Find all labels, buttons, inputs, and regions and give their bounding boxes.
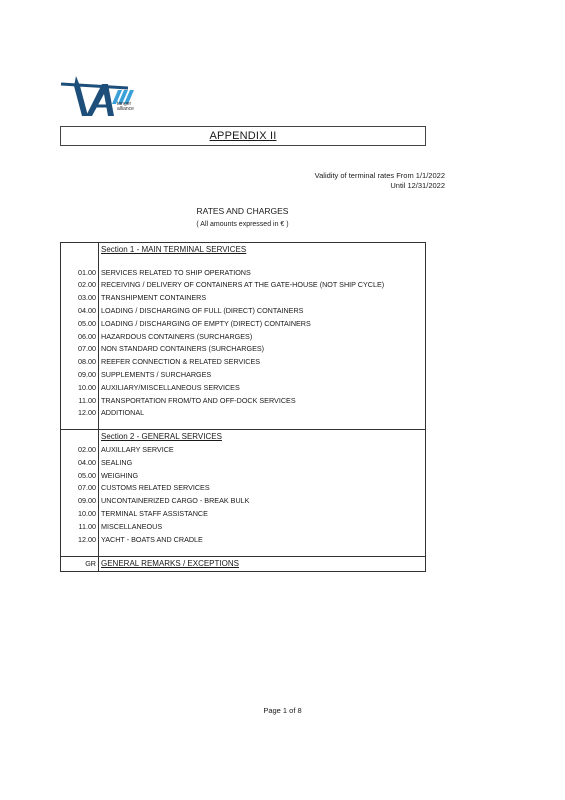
- section-code-cell: [61, 243, 99, 256]
- item-label: CUSTOMS RELATED SERVICES: [99, 482, 426, 495]
- rates-title: RATES AND CHARGES: [0, 206, 485, 216]
- table-row: 05.00LOADING / DISCHARGING OF EMPTY (DIR…: [61, 317, 426, 330]
- item-label: TERMINAL STAFF ASSISTANCE: [99, 507, 426, 520]
- table-row: 07.00CUSTOMS RELATED SERVICES: [61, 482, 426, 495]
- table-row: 10.00TERMINAL STAFF ASSISTANCE: [61, 507, 426, 520]
- section-title-text: Section 2 - GENERAL SERVICES: [101, 432, 222, 441]
- item-label: AUXILIARY/MISCELLANEOUS SERVICES: [99, 381, 426, 394]
- logo-text: tanger alliance: [117, 102, 134, 112]
- item-label: TRANSPORTATION FROM/TO AND OFF-DOCK SERV…: [99, 394, 426, 407]
- item-code: 02.00: [61, 279, 99, 292]
- item-label: LOADING / DISCHARGING OF FULL (DIRECT) C…: [99, 304, 426, 317]
- item-label: RECEIVING / DELIVERY OF CONTAINERS AT TH…: [99, 279, 426, 292]
- table-row: 02.00AUXILLARY SERVICE: [61, 443, 426, 456]
- spacer-code: [61, 419, 99, 430]
- appendix-title: APPENDIX II: [210, 130, 277, 142]
- item-code: 07.00: [61, 343, 99, 356]
- logo-text-line2: alliance: [117, 107, 134, 112]
- table-row: 09.00SUPPLEMENTS / SURCHARGES: [61, 368, 426, 381]
- item-code: 12.00: [61, 533, 99, 546]
- section-title: Section 2 - GENERAL SERVICES: [99, 430, 426, 443]
- tanger-alliance-logo: [58, 76, 178, 120]
- item-code: 05.00: [61, 317, 99, 330]
- validity-period: Validity of terminal rates From 1/1/2022…: [315, 171, 445, 191]
- table-row: 11.00TRANSPORTATION FROM/TO AND OFF-DOCK…: [61, 394, 426, 407]
- item-label: REEFER CONNECTION & RELATED SERVICES: [99, 355, 426, 368]
- table-row: 07.00NON STANDARD CONTAINERS (SURCHARGES…: [61, 343, 426, 356]
- item-code: 11.00: [61, 520, 99, 533]
- section-header-row: Section 2 - GENERAL SERVICES: [61, 430, 426, 443]
- item-label: AUXILLARY SERVICE: [99, 443, 426, 456]
- item-code: 07.00: [61, 482, 99, 495]
- spacer-desc: [99, 256, 426, 266]
- item-code: 09.00: [61, 494, 99, 507]
- item-label: SUPPLEMENTS / SURCHARGES: [99, 368, 426, 381]
- item-code: 06.00: [61, 330, 99, 343]
- item-code: 04.00: [61, 456, 99, 469]
- table-row: 05.00WEIGHING: [61, 469, 426, 482]
- table-row: 10.00AUXILIARY/MISCELLANEOUS SERVICES: [61, 381, 426, 394]
- spacer-row: [61, 256, 426, 266]
- item-code: 04.00: [61, 304, 99, 317]
- table-row: 12.00ADDITIONAL: [61, 407, 426, 420]
- item-code: 05.00: [61, 469, 99, 482]
- item-code: 09.00: [61, 368, 99, 381]
- item-code: 01.00: [61, 266, 99, 279]
- section-title-text: Section 1 - MAIN TERMINAL SERVICES: [101, 245, 246, 254]
- table-row: 03.00TRANSHIPMENT CONTAINERS: [61, 291, 426, 304]
- item-label: SERVICES RELATED TO SHIP OPERATIONS: [99, 266, 426, 279]
- spacer-row: [61, 546, 426, 557]
- item-label: WEIGHING: [99, 469, 426, 482]
- general-remarks-row: GRGENERAL REMARKS / EXCEPTIONS: [61, 556, 426, 571]
- item-code: 11.00: [61, 394, 99, 407]
- table-row: 02.00RECEIVING / DELIVERY OF CONTAINERS …: [61, 279, 426, 292]
- general-remarks-code: GR: [61, 556, 99, 571]
- table-row: 11.00MISCELLANEOUS: [61, 520, 426, 533]
- appendix-title-box: APPENDIX II: [60, 126, 426, 146]
- item-code: 12.00: [61, 407, 99, 420]
- table-row: 12.00YACHT - BOATS AND CRADLE: [61, 533, 426, 546]
- table-row: 01.00SERVICES RELATED TO SHIP OPERATIONS: [61, 266, 426, 279]
- section-title: Section 1 - MAIN TERMINAL SERVICES: [99, 243, 426, 256]
- item-code: 10.00: [61, 381, 99, 394]
- table-row: 06.00HAZARDOUS CONTAINERS (SURCHARGES): [61, 330, 426, 343]
- table-row: 08.00REEFER CONNECTION & RELATED SERVICE…: [61, 355, 426, 368]
- validity-from: Validity of terminal rates From 1/1/2022: [315, 171, 445, 181]
- item-label: LOADING / DISCHARGING OF EMPTY (DIRECT) …: [99, 317, 426, 330]
- item-code: 10.00: [61, 507, 99, 520]
- section-code-cell: [61, 430, 99, 443]
- item-label: SEALING: [99, 456, 426, 469]
- spacer-desc: [99, 419, 426, 430]
- item-label: MISCELLANEOUS: [99, 520, 426, 533]
- spacer-desc: [99, 546, 426, 557]
- table-row: 04.00SEALING: [61, 456, 426, 469]
- item-code: 03.00: [61, 291, 99, 304]
- spacer-code: [61, 256, 99, 266]
- item-label: NON STANDARD CONTAINERS (SURCHARGES): [99, 343, 426, 356]
- table-row: 09.00UNCONTAINERIZED CARGO - BREAK BULK: [61, 494, 426, 507]
- rates-index-table: Section 1 - MAIN TERMINAL SERVICES01.00S…: [60, 242, 426, 572]
- item-label: ADDITIONAL: [99, 407, 426, 420]
- general-remarks-label: GENERAL REMARKS / EXCEPTIONS: [99, 556, 426, 571]
- table-row: 04.00LOADING / DISCHARGING OF FULL (DIRE…: [61, 304, 426, 317]
- logo-icon: [58, 76, 178, 120]
- item-code: 08.00: [61, 355, 99, 368]
- rates-subtitle: ( All amounts expressed in € ): [0, 221, 485, 228]
- item-label: HAZARDOUS CONTAINERS (SURCHARGES): [99, 330, 426, 343]
- item-label: UNCONTAINERIZED CARGO - BREAK BULK: [99, 494, 426, 507]
- general-remarks-label-text: GENERAL REMARKS / EXCEPTIONS: [101, 559, 239, 568]
- section-header-row: Section 1 - MAIN TERMINAL SERVICES: [61, 243, 426, 256]
- validity-until: Until 12/31/2022: [315, 181, 445, 191]
- item-label: YACHT - BOATS AND CRADLE: [99, 533, 426, 546]
- item-label: TRANSHIPMENT CONTAINERS: [99, 291, 426, 304]
- item-code: 02.00: [61, 443, 99, 456]
- page-number: Page 1 of 8: [0, 706, 565, 715]
- spacer-code: [61, 546, 99, 557]
- spacer-row: [61, 419, 426, 430]
